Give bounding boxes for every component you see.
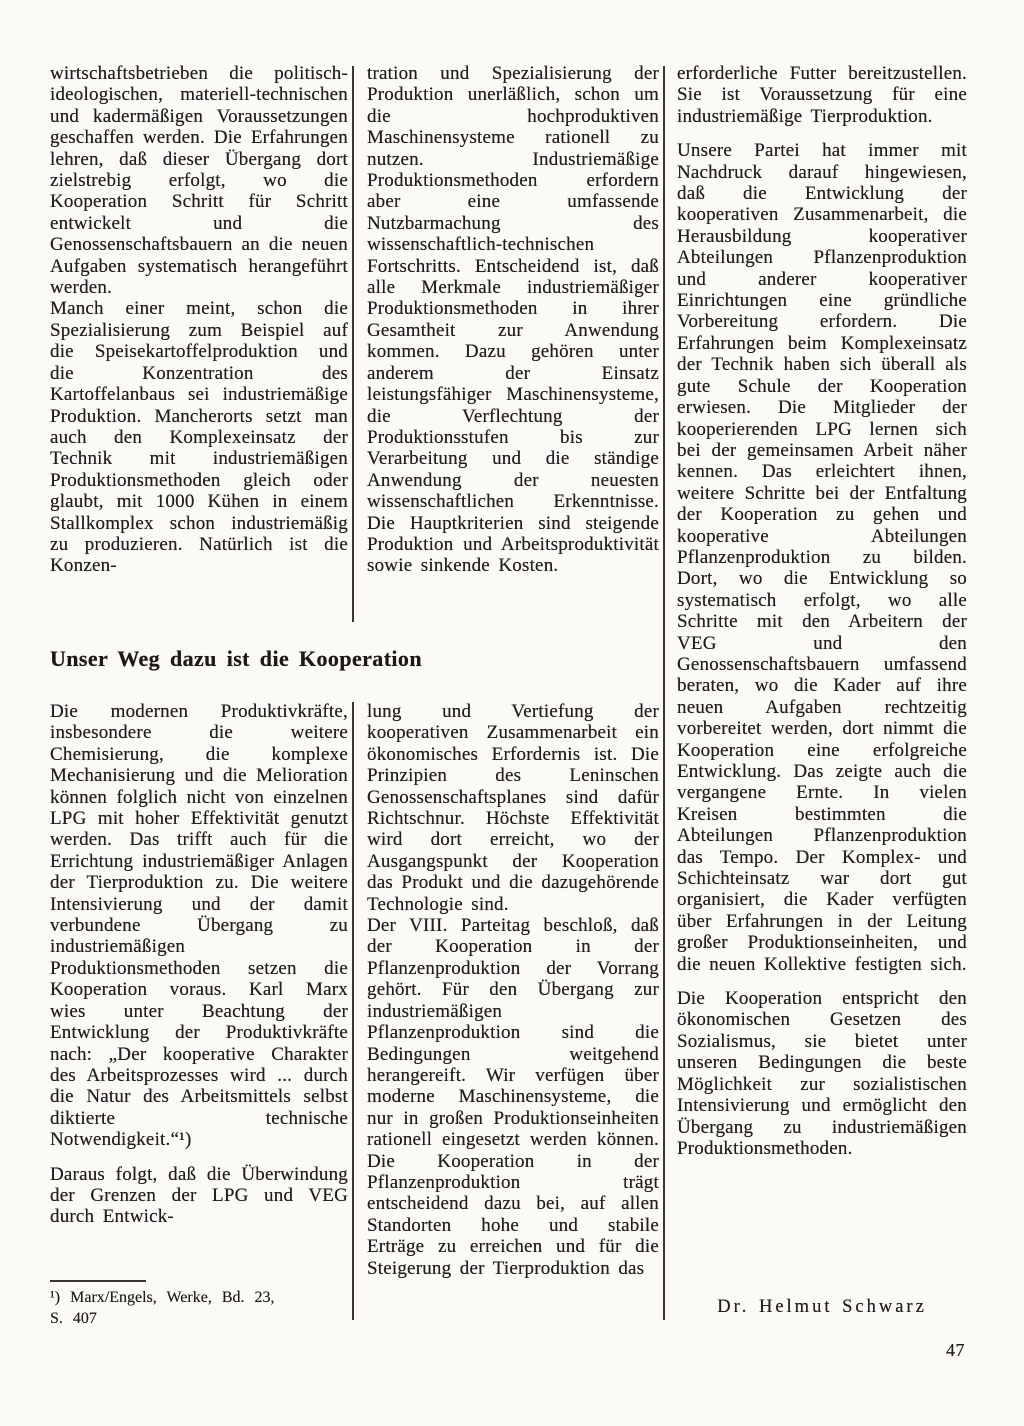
- column-3: erforderliche Futter bereitzustellen. Si…: [677, 63, 967, 1159]
- page-number: 47: [677, 1340, 965, 1361]
- author-signature: Dr. Helmut Schwarz: [677, 1297, 967, 1318]
- paragraph: tration und Spezialisierung der Produkti…: [367, 63, 659, 577]
- column-2-lower: lung und Vertiefung der kooperativen Zus…: [367, 701, 659, 1279]
- paragraph: Daraus folgt, daß die Überwindung der Gr…: [50, 1164, 348, 1228]
- section-heading: Unser Weg dazu ist die Kooperation: [50, 646, 650, 672]
- paragraph: Unsere Partei hat immer mit Nachdruck da…: [677, 140, 967, 975]
- column-1-upper: wirtschaftsbetrieben die politisch-ideol…: [50, 63, 348, 577]
- footnote-rule: [50, 1280, 146, 1282]
- paragraph: lung und Vertiefung der kooperativen Zus…: [367, 701, 659, 915]
- paragraph: Die modernen Produktivkräfte, insbesonde…: [50, 701, 348, 1151]
- paragraph: Die Kooperation entspricht den ökonomisc…: [677, 988, 967, 1159]
- column-divider-rule: [352, 702, 354, 1320]
- column-1-lower: Die modernen Produktivkräfte, insbesonde…: [50, 701, 348, 1228]
- scanned-magazine-page: wirtschaftsbetrieben die politisch-ideol…: [0, 0, 1024, 1426]
- column-2-upper: tration und Spezialisierung der Produkti…: [367, 63, 659, 577]
- footnote-text: ¹) Marx/Engels, Werke, Bd. 23, S. 407: [50, 1287, 348, 1329]
- paragraph: erforderliche Futter bereitzustellen. Si…: [677, 63, 967, 127]
- column-divider-rule: [352, 66, 354, 622]
- column-divider-rule: [663, 66, 665, 1320]
- paragraph: Manch einer meint, schon die Spezialisie…: [50, 298, 348, 576]
- footnote: ¹) Marx/Engels, Werke, Bd. 23, S. 407: [50, 1280, 348, 1329]
- paragraph: wirtschaftsbetrieben die politisch-ideol…: [50, 63, 348, 298]
- paragraph: Der VIII. Parteitag beschloß, daß der Ko…: [367, 915, 659, 1279]
